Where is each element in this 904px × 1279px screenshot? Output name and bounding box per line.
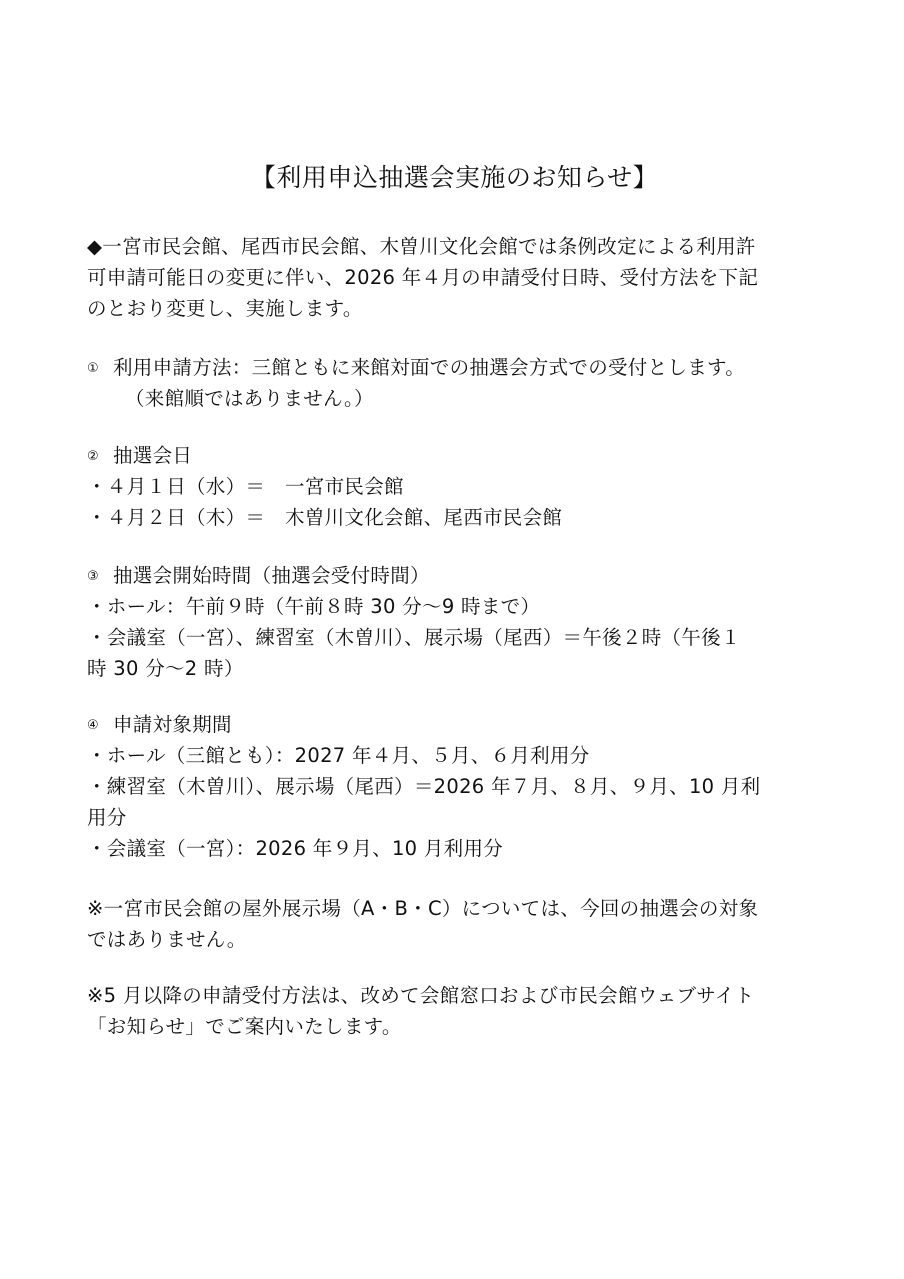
section-line: ・４月２日（木）＝ 木曽川文化会館、尾西市民会館 (87, 502, 562, 533)
section-heading-text: 申請対象期間 (113, 713, 232, 736)
section-heading-text: 抽選会開始時間（抽選会受付時間） (113, 564, 430, 587)
section-line: 用分 (87, 802, 127, 833)
section-line: ・ホール：午前９時（午前８時 30 分～9 時まで） (87, 591, 540, 622)
section-marker: ③ (87, 561, 113, 592)
section-line: ・会議室（一宮）：2026 年９月、10 月利用分 (87, 833, 503, 864)
intro-line: のとおり変更し、実施します。 (87, 293, 363, 324)
section-heading-text: 利用申請方法：三館ともに来館対面での抽選会方式での受付とします。 (113, 356, 745, 379)
intro-line: 可申請可能日の変更に伴い、2026 年４月の申請受付日時、受付方法を下記 (87, 262, 758, 293)
document-title: 【利用申込抽選会実施のお知らせ】 (87, 160, 822, 196)
section-heading: ③抽選会開始時間（抽選会受付時間） (87, 560, 430, 592)
note-line: ではありません。 (87, 924, 247, 955)
section-marker: ② (87, 441, 113, 472)
section-heading-text: 抽選会日 (113, 444, 192, 467)
intro-line: ◆一宮市民会館、尾西市民会館、木曽川文化会館では条例改定による利用許 (87, 231, 756, 262)
section-line: ・会議室（一宮）、練習室（木曽川）、展示場（尾西）＝午後２時（午後１ (87, 622, 741, 653)
note-line: ※一宮市民会館の屋外展示場（A・B・C）については、今回の抽選会の対象 (87, 893, 758, 924)
section-line: ・練習室（木曽川）、展示場（尾西）＝2026 年７月、８月、９月、10 月利 (87, 771, 761, 802)
section-line: 時 30 分～2 時） (87, 653, 244, 684)
section-line: （来館順ではありません。） (125, 383, 374, 414)
section-marker: ① (87, 353, 113, 384)
section-heading: ②抽選会日 (87, 440, 192, 472)
section-marker: ④ (87, 710, 113, 741)
section-line: ・ホール（三館とも）：2027 年４月、５月、６月利用分 (87, 740, 590, 771)
section-heading: ④申請対象期間 (87, 709, 232, 741)
note-line: 「お知らせ」でご案内いたします。 (87, 1011, 402, 1042)
note-line: ※5 月以降の申請受付方法は、改めて会館窓口および市民会館ウェブサイト (87, 980, 754, 1011)
section-heading: ①利用申請方法：三館ともに来館対面での抽選会方式での受付とします。 (87, 352, 745, 384)
section-line: ・４月１日（水）＝ 一宮市民会館 (87, 471, 404, 502)
